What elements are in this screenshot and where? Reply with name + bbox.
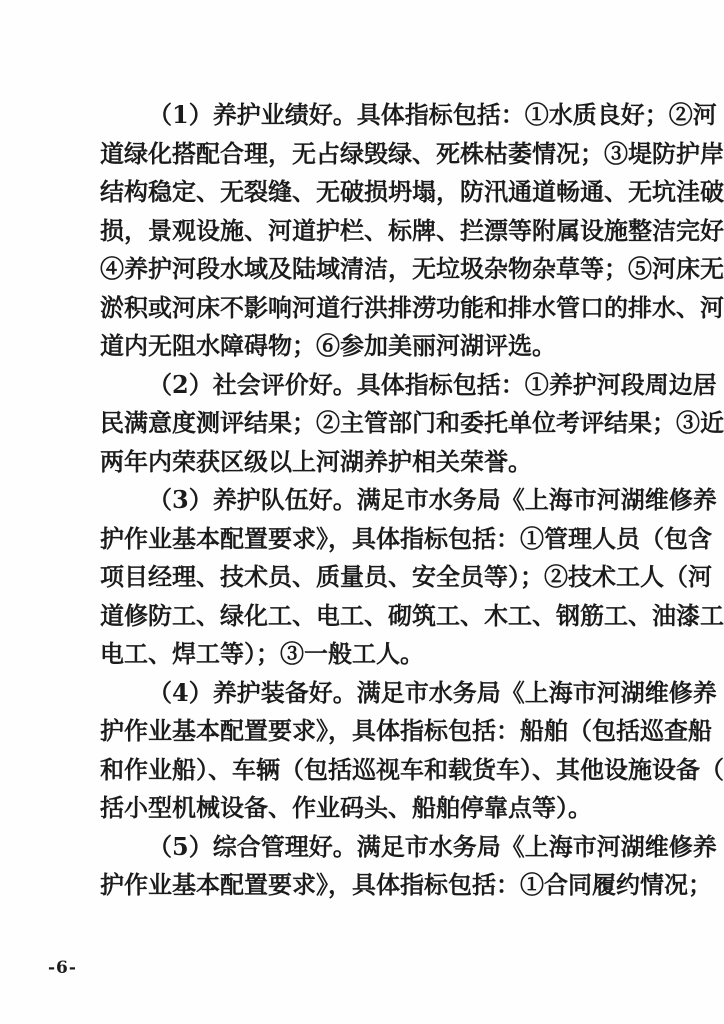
text-line: 护作业基本配置要求》，具体指标包括：船舶（包括巡查船 bbox=[100, 712, 628, 751]
paragraph-item-3: （3）养护队伍好。满足市水务局《上海市河湖维修养 护作业基本配置要求》，具体指标… bbox=[100, 481, 628, 674]
text-line: 结构稳定、无裂缝、无破损坍塌，防汛通道畅通、无坑洼破 bbox=[100, 173, 628, 212]
text-line: 项目经理、技术员、质量员、安全员等）；②技术工人（河 bbox=[100, 558, 628, 597]
text-line: （1）养护业绩好。具体指标包括：①水质良好；②河 bbox=[100, 96, 628, 135]
text-line: 护作业基本配置要求》，具体指标包括：①管理人员（包含 bbox=[100, 520, 628, 559]
text-line: 道内无阻水障碍物；⑥参加美丽河湖评选。 bbox=[100, 327, 628, 366]
text-line: 护作业基本配置要求》，具体指标包括：①合同履约情况； bbox=[100, 866, 628, 905]
text-line: 电工、焊工等）；③一般工人。 bbox=[100, 635, 628, 674]
text-line: 两年内荣获区级以上河湖养护相关荣誉。 bbox=[100, 443, 628, 482]
paragraph-item-5: （5）综合管理好。满足市水务局《上海市河湖维修养 护作业基本配置要求》，具体指标… bbox=[100, 828, 628, 905]
text-line: （2）社会评价好。具体指标包括：①养护河段周边居 bbox=[100, 366, 628, 405]
text-line: 括小型机械设备、作业码头、船舶停靠点等）。 bbox=[100, 789, 628, 828]
document-page: （1）养护业绩好。具体指标包括：①水质良好；②河 道绿化搭配合理，无占绿毁绿、死… bbox=[0, 0, 724, 1024]
text-line: 和作业船）、车辆（包括巡视车和载货车）、其他设施设备（包 bbox=[100, 751, 628, 790]
text-line: 道修防工、绿化工、电工、砌筑工、木工、钢筋工、油漆工、 bbox=[100, 597, 628, 636]
text-line: （5）综合管理好。满足市水务局《上海市河湖维修养 bbox=[100, 828, 628, 867]
text-line: 民满意度测评结果；②主管部门和委托单位考评结果；③近 bbox=[100, 404, 628, 443]
paragraph-item-4: （4）养护装备好。满足市水务局《上海市河湖维修养 护作业基本配置要求》，具体指标… bbox=[100, 674, 628, 828]
text-line: 道绿化搭配合理，无占绿毁绿、死株枯萎情况；③堤防护岸 bbox=[100, 135, 628, 174]
paragraph-item-1: （1）养护业绩好。具体指标包括：①水质良好；②河 道绿化搭配合理，无占绿毁绿、死… bbox=[100, 96, 628, 366]
text-line: ④养护河段水域及陆域清洁，无垃圾杂物杂草等；⑤河床无 bbox=[100, 250, 628, 289]
text-line: （4）养护装备好。满足市水务局《上海市河湖维修养 bbox=[100, 674, 628, 713]
text-line: 损，景观设施、河道护栏、标牌、拦漂等附属设施整洁完好； bbox=[100, 212, 628, 251]
paragraph-item-2: （2）社会评价好。具体指标包括：①养护河段周边居 民满意度测评结果；②主管部门和… bbox=[100, 366, 628, 482]
document-body: （1）养护业绩好。具体指标包括：①水质良好；②河 道绿化搭配合理，无占绿毁绿、死… bbox=[100, 96, 628, 905]
text-line: （3）养护队伍好。满足市水务局《上海市河湖维修养 bbox=[100, 481, 628, 520]
text-line: 淤积或河床不影响河道行洪排涝功能和排水管口的排水、河 bbox=[100, 289, 628, 328]
page-number: -6- bbox=[48, 958, 77, 978]
